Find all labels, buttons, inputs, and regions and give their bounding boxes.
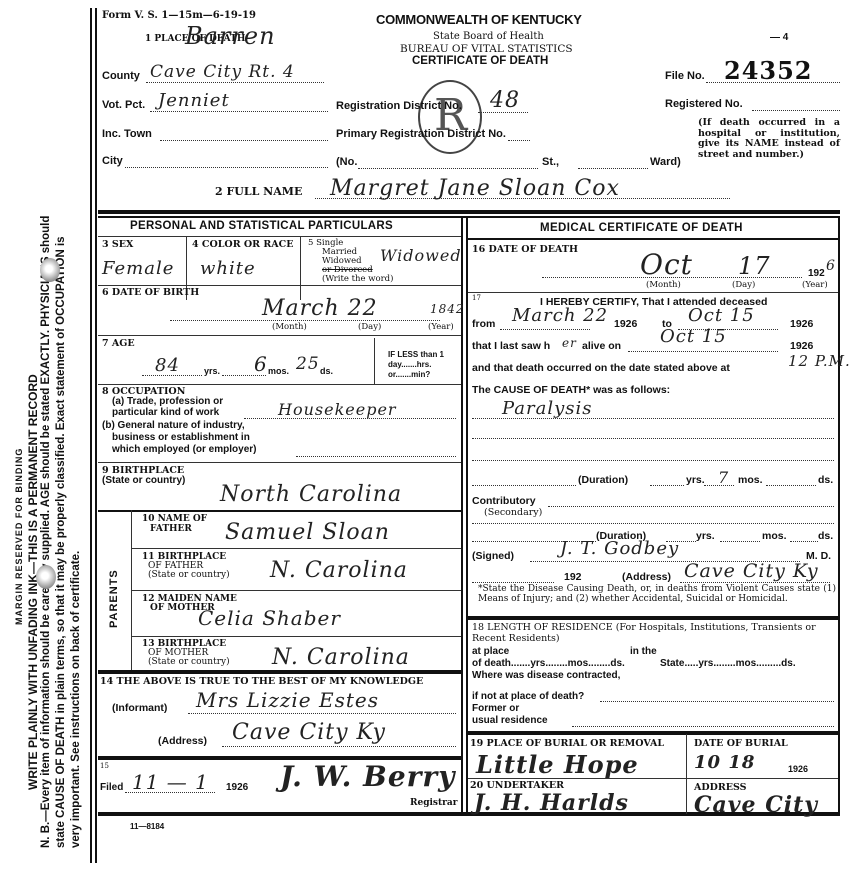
rule	[468, 778, 838, 779]
mother-name-value[interactable]: Celia Shaber	[198, 606, 341, 630]
ward-field[interactable]	[578, 168, 648, 169]
registrar-label: Registrar	[410, 798, 457, 808]
rule	[468, 238, 838, 240]
informant-address-value: Cave City Ky	[232, 720, 386, 745]
primary-reg-label: Primary Registration District No.	[336, 128, 506, 140]
mos-caption: mos.	[268, 366, 289, 376]
signed-label: (Signed)	[472, 550, 514, 562]
rule	[131, 636, 461, 637]
signed-date-192: 192	[564, 571, 582, 583]
alive-on-value: Oct 15	[660, 326, 727, 347]
dod-year-caption: (Year)	[802, 280, 828, 290]
physician-address-value: Cave City Ky	[684, 560, 819, 582]
duration-mos-label: mos.	[738, 474, 763, 486]
to-year: 1926	[790, 318, 813, 330]
informant-value: Mrs Lizzie Estes	[196, 688, 379, 712]
board-title: State Board of Health	[433, 31, 544, 42]
duration-lead	[472, 485, 576, 486]
marital-value[interactable]: Widowed	[380, 246, 462, 265]
alive-on-label: alive on	[582, 340, 621, 352]
birthplace-sub: (State or country)	[102, 475, 185, 486]
dob-value: March 22	[262, 296, 378, 321]
ds-caption: ds.	[320, 366, 333, 376]
ward-label: Ward)	[650, 156, 681, 168]
dod-year-suffix: 6	[826, 258, 836, 274]
duration-ds-field[interactable]	[766, 485, 816, 486]
father-label-1: 10 NAME OF	[142, 514, 207, 524]
usual-residence-label: usual residence	[472, 715, 548, 726]
less-than-label-2: day.......hrs.	[388, 360, 431, 369]
dod-month-caption: (Month)	[646, 280, 681, 290]
nb-note-line-3: very important. See instructions on back…	[70, 551, 82, 848]
occ-b-line2: business or establishment in	[112, 432, 250, 443]
true-statement-label: 14 THE ABOVE IS TRUE TO THE BEST OF MY K…	[100, 676, 423, 687]
cause-footnote: *State the Disease Causing Death, or, in…	[478, 585, 836, 604]
rule	[468, 292, 838, 293]
duration2-mos-field[interactable]	[720, 541, 760, 542]
mother-bp-label-3: (State or country)	[148, 657, 230, 667]
dob-label: 6 DATE OF BIRTH	[102, 287, 199, 298]
street-no-label: (No.	[336, 156, 357, 168]
former-label: Former or	[472, 703, 519, 714]
rule	[98, 384, 461, 385]
father-birthplace-value[interactable]: N. Carolina	[270, 558, 408, 583]
left-border-rule	[90, 8, 92, 863]
personal-section-title: PERSONAL AND STATISTICAL PARTICULARS	[130, 220, 393, 232]
duration-ds-label: ds.	[818, 474, 833, 486]
duration-label: (Duration)	[578, 474, 628, 486]
city-label: City	[102, 155, 123, 167]
burial-date-value[interactable]: 10 18	[694, 752, 755, 773]
father-label-2: FATHER	[150, 524, 192, 534]
burial-year: 1926	[788, 764, 808, 774]
at-place-label: at place	[472, 646, 509, 657]
undertaker-value[interactable]: J. H. Harlds	[474, 790, 629, 816]
occ-a-line1: (a) Trade, profession or	[112, 396, 223, 407]
medical-section-title: MEDICAL CERTIFICATE OF DEATH	[540, 222, 743, 234]
father-bp-label-3: (State or country)	[148, 570, 230, 580]
occ-a-line2: particular kind of work	[112, 407, 219, 418]
certify-number: 17	[472, 294, 481, 302]
corner-mark: — 4	[770, 32, 788, 43]
rule	[300, 236, 301, 300]
section-divider-2	[98, 216, 840, 218]
form-number: Form V. S. 1—15m—6-19-19	[102, 10, 256, 21]
cause-label: The CAUSE OF DEATH* was as follows:	[472, 384, 670, 396]
duration-yrs-field[interactable]	[650, 485, 684, 486]
occurred-time[interactable]: 12 P.M.	[788, 352, 851, 370]
binding-margin: MARGIN RESERVED FOR BINDING WRITE PLAINL…	[0, 0, 96, 876]
inc-town-label: Inc. Town	[102, 128, 152, 140]
rule	[98, 670, 461, 674]
marital-instruction: (Write the word)	[322, 274, 393, 284]
certificate-title: CERTIFICATE OF DEATH	[412, 55, 548, 67]
occurred-label: and that death occurred on the date stat…	[472, 362, 730, 374]
filed-date-value: 11 — 1	[132, 770, 209, 794]
sex-value[interactable]: Female	[102, 258, 174, 279]
informant-field[interactable]	[188, 713, 456, 714]
informant-label: (Informant)	[112, 702, 167, 714]
vot-pct-field[interactable]	[150, 111, 328, 112]
cause-line-3[interactable]	[472, 460, 834, 461]
city-field[interactable]	[125, 167, 328, 168]
section-divider	[98, 210, 840, 214]
nb-note-line-1: N. B.—Every item of information should b…	[40, 216, 52, 848]
state-residence-line[interactable]: State.....yrs........mos.........ds.	[660, 658, 796, 669]
alive-year: 1926	[790, 340, 813, 352]
industry-field[interactable]	[296, 456, 456, 457]
dob-day-caption: (Day)	[358, 322, 381, 332]
filed-number: 15	[100, 762, 109, 770]
punch-hole-top	[40, 258, 60, 282]
last-saw-label: that I last saw h	[472, 340, 550, 352]
registered-no-label: Registered No.	[665, 98, 743, 110]
yrs-caption: yrs.	[204, 366, 220, 376]
duration2-ds-label: ds.	[818, 530, 833, 542]
duration-yrs-label: yrs.	[686, 474, 705, 486]
nb-note-line-2: state CAUSE OF DEATH in plain terms, so …	[55, 236, 67, 848]
dod-label: 16 DATE OF DEATH	[472, 244, 578, 255]
rule	[686, 734, 687, 814]
duration2-yrs-label: yrs.	[696, 530, 715, 542]
last-saw-pronoun: er	[562, 336, 577, 350]
burial-place-label: 19 PLACE OF BURIAL OR REMOVAL	[470, 738, 664, 749]
cause-line-2[interactable]	[472, 438, 834, 439]
in-the-label: in the	[630, 646, 657, 657]
physician-signature: J. T. Godbey	[560, 538, 679, 559]
street-no-field[interactable]	[358, 168, 538, 169]
rule	[98, 335, 461, 336]
of-death-line[interactable]: of death.......yrs........mos........ds.	[472, 658, 625, 669]
cause-line-1[interactable]	[472, 418, 834, 419]
informant-address-label: (Address)	[158, 735, 207, 747]
registrar-signature: J. W. Berry	[280, 760, 455, 793]
to-date-value: Oct 15	[688, 305, 755, 326]
age-months: 6	[254, 352, 268, 376]
right-border	[838, 216, 840, 814]
burial-place-value[interactable]: Little Hope	[476, 750, 639, 779]
residence-label: 18 LENGTH OF RESIDENCE (For Hospitals, I…	[472, 622, 834, 644]
where-contracted-label: Where was disease contracted,	[472, 670, 620, 681]
occ-b-line1: (b) General nature of industry,	[102, 420, 245, 431]
physician-address-field[interactable]	[680, 582, 830, 583]
sex-label: 3 SEX	[102, 239, 133, 250]
age-years: 84	[155, 355, 180, 376]
rule	[98, 236, 461, 237]
footer-code: 11—8184	[130, 822, 164, 831]
rule	[468, 731, 838, 735]
informant-address-field[interactable]	[222, 746, 456, 747]
burial-date-label: DATE OF BURIAL	[694, 738, 788, 749]
rule	[131, 590, 461, 591]
if-not-label: if not at place of death?	[472, 691, 584, 702]
punch-hole-bottom	[36, 565, 56, 589]
less-than-label-3: or.......min?	[388, 370, 430, 379]
inc-town-field[interactable]	[160, 140, 328, 141]
from-date-value: March 22	[512, 305, 608, 326]
vot-pct-value: Jenniet	[158, 90, 230, 111]
county-name-handwritten: Barren	[185, 22, 276, 50]
rule	[98, 510, 461, 512]
usual-residence-field[interactable]	[572, 726, 834, 727]
county-label: County	[102, 70, 140, 82]
rule	[98, 285, 461, 286]
dod-day-caption: (Day)	[732, 280, 755, 290]
color-value[interactable]: white	[200, 258, 256, 279]
reg-district-label: Registration District No.	[336, 100, 462, 112]
birthplace-value[interactable]: North Carolina	[220, 482, 402, 507]
parents-label: PARENTS	[108, 569, 120, 628]
physician-address-label: (Address)	[622, 571, 671, 583]
dob-year: 1842	[430, 302, 465, 316]
contributory-label: Contributory	[472, 495, 536, 507]
secondary-label: (Secondary)	[484, 507, 542, 518]
undertaker-address-value[interactable]: Cave City	[694, 792, 818, 818]
from-label: from	[472, 318, 495, 330]
reg-district-value: 48	[490, 88, 520, 113]
state-title: COMMONWEALTH OF KENTUCKY	[376, 12, 582, 27]
age-label: 7 AGE	[102, 338, 135, 349]
file-no-value: 24352	[724, 56, 813, 85]
duration-mos-value: 7	[718, 468, 729, 487]
color-label: 4 COLOR OR RACE	[192, 239, 293, 250]
column-divider-2	[466, 216, 468, 814]
age-days: 25	[296, 354, 320, 374]
contributory-line-2[interactable]	[472, 523, 834, 524]
disease-contracted-field[interactable]	[600, 701, 834, 702]
occupation-value: Housekeeper	[278, 400, 397, 419]
rule	[374, 338, 375, 384]
signed-date-field[interactable]	[472, 582, 554, 583]
county-field[interactable]	[146, 82, 324, 83]
file-no-label: File No.	[665, 70, 705, 82]
margin-reserved-note: MARGIN RESERVED FOR BINDING	[14, 448, 24, 625]
from-date-field[interactable]	[500, 329, 590, 330]
dod-year-prefix: 192	[808, 268, 825, 279]
hospital-note: (If death occurred in a hospital or inst…	[698, 118, 840, 160]
left-border-rule-inner	[95, 8, 97, 863]
cause-value[interactable]: Paralysis	[502, 398, 593, 419]
father-name-value[interactable]: Samuel Sloan	[225, 520, 390, 545]
dob-year-caption: (Year)	[428, 322, 454, 332]
duration2-ds-field[interactable]	[790, 541, 818, 542]
occ-b-line3: which employed (or employer)	[112, 444, 256, 455]
county-value: Cave City Rt. 4	[150, 62, 295, 82]
rule	[131, 548, 461, 549]
filed-year: 1926	[226, 782, 248, 793]
primary-reg-field[interactable]	[508, 140, 530, 141]
less-than-label-1: IF LESS than 1	[388, 350, 444, 359]
street-label: St.,	[542, 156, 559, 168]
mother-birthplace-value[interactable]: N. Carolina	[272, 645, 410, 670]
alive-on-field[interactable]	[628, 351, 778, 352]
registration-stamp: R	[418, 80, 482, 154]
rule	[468, 616, 838, 620]
full-name-label: 2 FULL NAME	[215, 185, 302, 198]
dob-month-caption: (Month)	[272, 322, 307, 332]
vot-pct-label: Vot. Pct.	[102, 99, 145, 111]
bureau-title: BUREAU OF VITAL STATISTICS	[400, 43, 573, 55]
from-year: 1926	[614, 318, 637, 330]
registered-no-field[interactable]	[752, 110, 840, 111]
contributory-field[interactable]	[548, 506, 834, 507]
full-name-value: Margret Jane Sloan Cox	[330, 176, 620, 201]
filed-label: Filed	[100, 782, 123, 793]
dod-month: Oct	[640, 248, 693, 281]
duration2-mos-label: mos.	[762, 530, 787, 542]
dod-day: 17	[738, 252, 771, 280]
rule	[98, 462, 461, 463]
rule	[131, 510, 132, 672]
